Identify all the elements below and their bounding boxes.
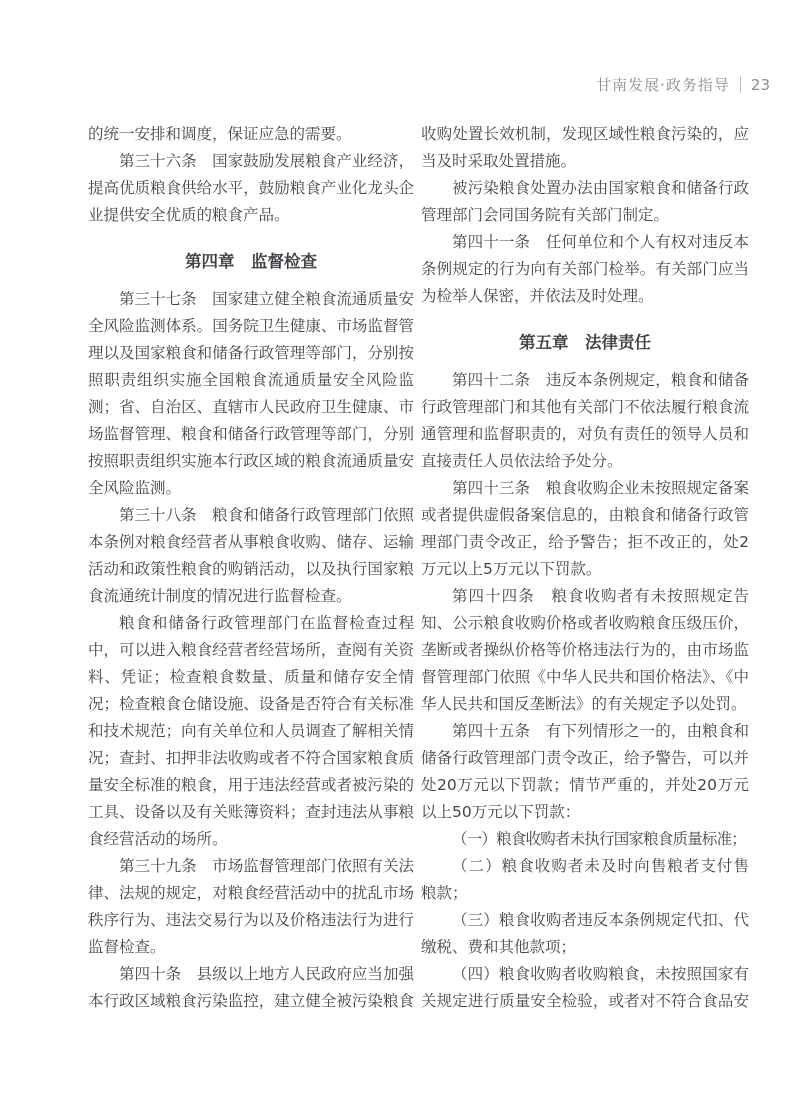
text-line: 照职责组织实施全国粮食流通质量安全风险监 — [88, 367, 414, 394]
text-line: （四）粮食收购者收购粮食，未按照国家有 — [421, 961, 749, 988]
text-line: 缴税、费和其他款项； — [421, 934, 749, 961]
text-line: 收购处置长效机制，发现区域性粮食污染的，应 — [421, 121, 749, 148]
text-line: 场监督管理、粮食和储备行政管理等部门，分别 — [88, 421, 414, 448]
text-line: 垄断或者操纵价格等价格违法行为的，由市场监 — [421, 637, 749, 664]
text-line: 以上50万元以下罚款： — [421, 799, 749, 826]
text-line: 理以及国家粮食和储备行政管理等部门，分别按 — [88, 340, 414, 367]
text-line: 第三十六条 国家鼓励发展粮食产业经济， — [88, 148, 414, 175]
text-line: 第四十三条 粮食收购企业未按照规定备案 — [421, 475, 749, 502]
text-line: 本条例对粮食经营者从事粮食收购、储存、运输 — [88, 529, 414, 556]
text-line: 第四十五条 有下列情形之一的，由粮食和 — [421, 718, 749, 745]
text-line: 当及时采取处置措施。 — [421, 148, 749, 175]
text-line: 量安全标准的粮食，用于违法经营或者被污染的 — [88, 772, 414, 799]
text-line: （三）粮食收购者违反本条例规定代扣、代 — [421, 907, 749, 934]
text-line: 通管理和监督职责的，对负有责任的领导人员和 — [421, 421, 749, 448]
text-line: 第四十四条 粮食收购者有未按照规定告 — [421, 583, 749, 610]
right-column: 收购处置长效机制，发现区域性粮食污染的，应当及时采取处置措施。被污染粮食处置办法… — [421, 121, 749, 1015]
text-line: 监督检查。 — [88, 934, 414, 961]
text-line: 食流通统计制度的情况进行监督检查。 — [88, 583, 414, 610]
text-line: 督管理部门依照《中华人民共和国价格法》、《中 — [421, 664, 749, 691]
text-line: 工具、设备以及有关账簿资料；查封违法从事粮 — [88, 799, 414, 826]
text-line: 第四十二条 违反本条例规定，粮食和储备 — [421, 367, 749, 394]
text-line: 粮食和储备行政管理部门在监督检查过程 — [88, 610, 414, 637]
text-line: 储备行政管理部门责令改正，给予警告，可以并 — [421, 745, 749, 772]
magazine-page: 甘南发展·政务指导 23 的统一安排和调度，保证应急的需要。第三十六条 国家鼓励… — [0, 0, 805, 1099]
text-line: 况；查封、扣押非法收购或者不符合国家粮食质 — [88, 745, 414, 772]
text-line: 行政管理部门和其他有关部门不依法履行粮食流 — [421, 394, 749, 421]
text-line: 测；省、自治区、直辖市人民政府卫生健康、市 — [88, 394, 414, 421]
text-line: 管理部门会同国务院有关部门制定。 — [421, 202, 749, 229]
header-divider — [740, 76, 741, 93]
text-line: 按照职责组织实施本行政区域的粮食流通质量安 — [88, 448, 414, 475]
text-line: 第三十八条 粮食和储备行政管理部门依照 — [88, 502, 414, 529]
text-line: （二）粮食收购者未及时向售粮者支付售 — [421, 853, 749, 880]
chapter-heading: 第四章 监督检查 — [88, 248, 414, 275]
text-line: 中，可以进入粮食经营者经营场所，查阅有关资 — [88, 637, 414, 664]
chapter-heading: 第五章 法律责任 — [421, 329, 749, 356]
text-line: 活动和政策性粮食的购销活动，以及执行国家粮 — [88, 556, 414, 583]
text-line: 料、凭证；检查粮食数量、质量和储存安全情 — [88, 664, 414, 691]
text-line: 第四十条 县级以上地方人民政府应当加强 — [88, 961, 414, 988]
text-line: 和技术规范；向有关单位和人员调查了解相关情 — [88, 718, 414, 745]
text-line: 被污染粮食处置办法由国家粮食和储备行政 — [421, 175, 749, 202]
text-line: 理部门责令改正，给予警告；拒不改正的，处2 — [421, 529, 749, 556]
text-line: 况；检查粮食仓储设施、设备是否符合有关标准 — [88, 691, 414, 718]
text-line: 的统一安排和调度，保证应急的需要。 — [88, 121, 414, 148]
text-line: 律、法规的规定，对粮食经营活动中的扰乱市场 — [88, 880, 414, 907]
page-number: 23 — [751, 76, 770, 94]
text-line: 第三十九条 市场监督管理部门依照有关法 — [88, 853, 414, 880]
page-header: 甘南发展·政务指导 23 — [596, 74, 770, 95]
text-line: 万元以上5万元以下罚款。 — [421, 556, 749, 583]
left-column: 的统一安排和调度，保证应急的需要。第三十六条 国家鼓励发展粮食产业经济，提高优质… — [88, 121, 414, 1015]
text-line: 本行政区域粮食污染监控，建立健全被污染粮食 — [88, 988, 414, 1015]
text-line: 为检举人保密，并依法及时处理。 — [421, 283, 749, 310]
text-line: 处20万元以下罚款；情节严重的，并处20万元 — [421, 772, 749, 799]
text-line: 条例规定的行为向有关部门检举。有关部门应当 — [421, 256, 749, 283]
text-line: 业提供安全优质的粮食产品。 — [88, 202, 414, 229]
text-line: 第三十七条 国家建立健全粮食流通质量安 — [88, 286, 414, 313]
text-line: 全风险监测。 — [88, 475, 414, 502]
text-line: 提高优质粮食供给水平，鼓励粮食产业化龙头企 — [88, 175, 414, 202]
text-line: 秩序行为、违法交易行为以及价格违法行为进行 — [88, 907, 414, 934]
text-line: 知、公示粮食收购价格或者收购粮食压级压价， — [421, 610, 749, 637]
text-line: 华人民共和国反垄断法》的有关规定予以处罚。 — [421, 691, 749, 718]
text-line: 全风险监测体系。国务院卫生健康、市场监督管 — [88, 313, 414, 340]
text-line: 食经营活动的场所。 — [88, 826, 414, 853]
text-line: 或者提供虚假备案信息的，由粮食和储备行政管 — [421, 502, 749, 529]
magazine-title: 甘南发展·政务指导 — [596, 74, 730, 95]
text-line: （一）粮食收购者未执行国家粮食质量标准； — [421, 826, 749, 853]
text-line: 直接责任人员依法给予处分。 — [421, 448, 749, 475]
text-line: 第四十一条 任何单位和个人有权对违反本 — [421, 229, 749, 256]
text-line: 关规定进行质量安全检验，或者对不符合食品安 — [421, 988, 749, 1015]
text-line: 粮款； — [421, 880, 749, 907]
